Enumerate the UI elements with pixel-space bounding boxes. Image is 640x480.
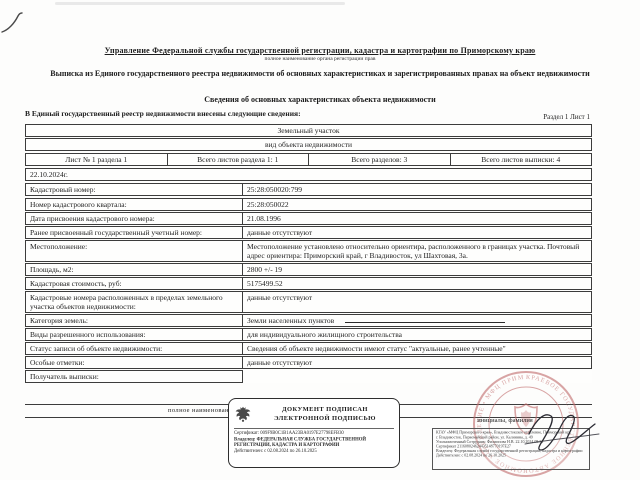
scanned-egrn-extract-page: Управление Федеральной службы государств… <box>0 0 640 480</box>
table-row: Кадастровая стоимость, руб: 5175499.52 <box>25 277 592 290</box>
certificate-validity: Действителен: с 02.08.2024 по 26.10.2025 <box>234 449 394 455</box>
table-row: Местоположение: Местоположение установле… <box>25 240 592 262</box>
extract-sheets-total: Всего листов выписки: 4 <box>451 154 592 165</box>
pen-mark <box>0 6 28 36</box>
table-row: Площадь, м2: 2800 +/- 19 <box>25 263 592 276</box>
row-value: данные отсутствуют <box>243 292 591 312</box>
sections-total: Всего разделов: 3 <box>309 154 451 165</box>
row-value: 2800 +/- 19 <box>243 264 591 275</box>
row-value: Сведения об объекте недвижимости имеют с… <box>243 343 591 354</box>
extract-date: 22.10.2024г. <box>26 169 591 180</box>
row-label: Местоположение: <box>26 241 243 261</box>
row-value: 25:28:050022 <box>243 199 591 210</box>
row-label: Статус записи об объекте недвижимости: <box>26 343 243 354</box>
table-row: Статус записи об объекте недвижимости: С… <box>25 342 592 355</box>
intro-line: В Единый государственный реестр недвижим… <box>25 109 301 118</box>
recipient-blank-line <box>345 322 505 323</box>
esignature-stamp: ДОКУМЕНТ ПОДПИСАН ЭЛЕКТРОННОЙ ПОДПИСЬЮ С… <box>228 398 400 468</box>
registration-authority-subcaption: полное наименование органа регистрации п… <box>0 56 640 62</box>
row-value: для индивидуального жилищного строительс… <box>243 329 591 340</box>
row-value: 21.08.1996 <box>243 213 591 224</box>
table-row: Виды разрешенного использования: для инд… <box>25 328 592 341</box>
object-characteristics-table: Земельный участок вид объекта недвижимос… <box>25 124 592 383</box>
extract-title: Выписка из Единого государственного реес… <box>0 69 640 78</box>
row-label: Получатель выписки: <box>25 370 243 383</box>
table-row: Дата присвоения кадастрового номера: 21.… <box>25 212 592 225</box>
sheets-in-section: Всего листов раздела 1: 1 <box>168 154 310 165</box>
row-value: 5175499.52 <box>243 278 591 289</box>
row-label: Ранее присвоенный государственный учетны… <box>26 227 243 238</box>
document-signed-label: ДОКУМЕНТ ПОДПИСАН <box>256 405 394 414</box>
row-label: Кадастровая стоимость, руб: <box>26 278 243 289</box>
table-row: Номер кадастрового квартала: 25:28:05002… <box>25 198 592 211</box>
characteristics-title: Сведения об основных характеристиках объ… <box>0 95 640 104</box>
row-label: Номер кадастрового квартала: <box>26 199 243 210</box>
extract-date-row: 22.10.2024г. <box>25 168 592 181</box>
object-kind-row: Земельный участок <box>25 124 592 137</box>
row-value: 25:28:050020:799 <box>243 184 591 195</box>
row-label: Дата присвоения кадастрового номера: <box>26 213 243 224</box>
row-value: Земли населенных пунктов <box>243 315 591 326</box>
handwritten-signature <box>515 400 605 460</box>
registration-authority-header: Управление Федеральной службы государств… <box>0 46 640 55</box>
scan-smudge <box>55 2 345 5</box>
row-label: Кадастровый номер: <box>26 184 243 195</box>
sheet-number: Лист № 1 раздела 1 <box>26 154 168 165</box>
electronic-signature-label: ЭЛЕКТРОННОЙ ПОДПИСЬЮ <box>256 414 394 423</box>
coat-of-arms-icon <box>234 402 252 426</box>
row-label: Особые отметки: <box>26 357 243 368</box>
table-row: Категория земель: Земли населенных пункт… <box>25 314 592 327</box>
sheet-counts-row: Лист № 1 раздела 1 Всего листов раздела … <box>25 153 592 166</box>
table-row: Кадастровые номера расположенных в преде… <box>25 291 592 313</box>
row-value: Местоположение установлено относительно … <box>243 241 591 261</box>
object-kind-caption-row: вид объекта недвижимости <box>25 138 592 151</box>
object-kind-caption: вид объекта недвижимости <box>26 139 591 150</box>
section-sheet-label: Раздел 1 Лист 1 <box>470 113 590 121</box>
row-label: Виды разрешенного использования: <box>26 329 243 340</box>
esignature-header: ДОКУМЕНТ ПОДПИСАН ЭЛЕКТРОННОЙ ПОДПИСЬЮ <box>234 402 394 429</box>
row-label: Категория земель: <box>26 315 243 326</box>
row-value: данные отсутствуют <box>243 227 591 238</box>
esignature-title: ДОКУМЕНТ ПОДПИСАН ЭЛЕКТРОННОЙ ПОДПИСЬЮ <box>256 405 394 423</box>
row-label: Площадь, м2: <box>26 264 243 275</box>
object-kind: Земельный участок <box>26 125 591 136</box>
table-row: Ранее присвоенный государственный учетны… <box>25 226 592 239</box>
table-row: Кадастровый номер: 25:28:050020:799 <box>25 183 592 196</box>
row-label: Кадастровые номера расположенных в преде… <box>26 292 243 312</box>
